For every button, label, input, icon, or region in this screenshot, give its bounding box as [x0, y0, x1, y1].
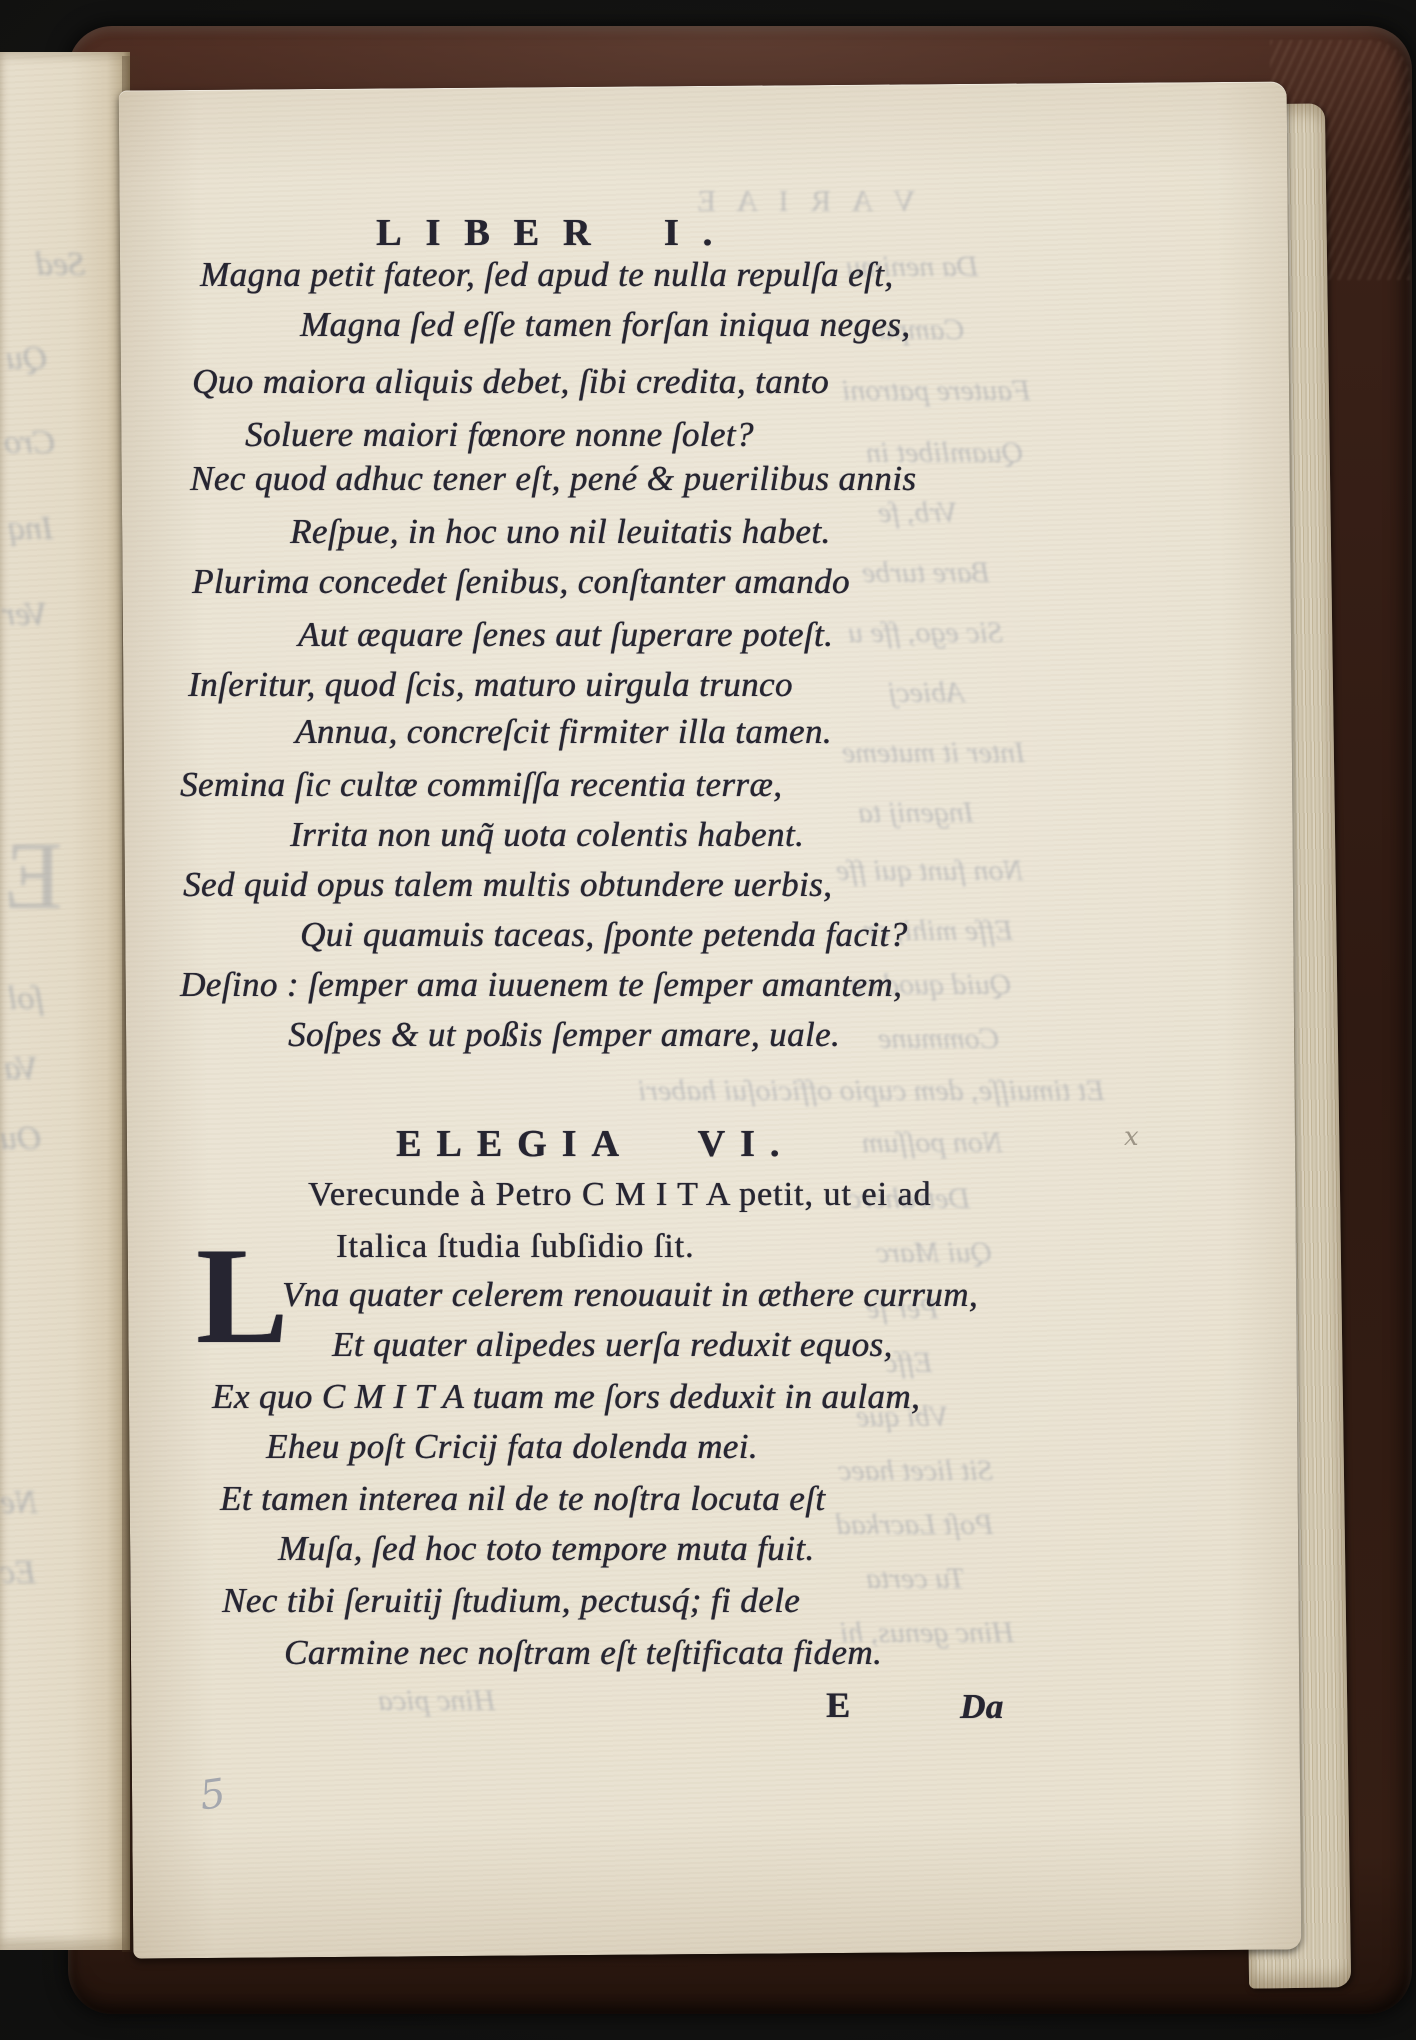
catchword: Da	[960, 1688, 1004, 1727]
left-page-fragment: Ou	[0, 1122, 42, 1156]
verse-line: Magna ſed eſſe tamen forſan iniqua neges…	[300, 306, 910, 345]
verse-line: Et quater alipedes uerſa reduxit equos,	[332, 1326, 893, 1365]
verse-line: Plurima concedet ſenibus, conſtanter ama…	[192, 563, 850, 602]
left-page-fragment: Ver	[2, 598, 47, 632]
ghost-text: Non poſſum	[862, 1128, 1003, 1158]
verse-line: Reſpue, in hoc uno nil leuitatis habet.	[290, 513, 831, 552]
verse-line: Eheu poſt Cricij fata dolenda mei.	[266, 1428, 758, 1467]
left-page-fragment: Inq	[8, 512, 53, 546]
ghost-text: Qui Marc	[876, 1238, 992, 1268]
left-page-fragment: Cro	[4, 426, 56, 460]
left-page-fragment: Qu	[6, 342, 48, 376]
verse-line: Semina ſic cultæ commiſſa recentia terræ…	[180, 766, 782, 805]
argument-line: Italica ſtudia ſubſidio ſit.	[336, 1228, 695, 1265]
ghost-text: Non funt qui ffe	[836, 856, 1024, 886]
verse-line: Quo maiora aliquis debet, ſibi credita, …	[192, 363, 829, 402]
ghost-text: Poſt Lacrkad	[836, 1510, 994, 1540]
ghost-text: Abiecj	[888, 678, 965, 708]
ghost-text: Vrb, fe	[878, 498, 957, 528]
verse-line: Sed quid opus talem multis obtundere uer…	[183, 866, 832, 905]
verse-line: Qui quamuis taceas, ſponte petenda facit…	[300, 916, 907, 955]
verse-line: Aut æquare ſenes aut ſuperare poteſt.	[298, 616, 833, 655]
verse-line: Soſpes & ut poßis ſemper amare, uale.	[288, 1016, 840, 1055]
verse-line: Irrita non unq̃ uota colentis habent.	[290, 816, 804, 855]
section-heading-elegia: ELEGIA VI.	[396, 1124, 794, 1166]
left-page-fragment: Ne	[0, 1486, 38, 1520]
left-page-fragment: ſol	[8, 982, 44, 1016]
ghost-text: Tu certa	[866, 1564, 965, 1594]
printed-text-layer: V A R I A E Da nenimu Campa Fautere patr…	[0, 0, 1416, 2040]
verse-line: Soluere maiori fœnore nonne ſolet?	[245, 416, 754, 455]
ghost-text: Inter it muteme	[842, 738, 1025, 768]
verse-line: Annua, concreſcit firmiter illa tamen.	[295, 713, 832, 752]
left-page-fragment: Va	[4, 1052, 38, 1086]
photograph-of-open-book: V A R I A E Da nenimu Campa Fautere patr…	[0, 0, 1416, 2040]
marginal-x-mark: x	[1124, 1122, 1139, 1152]
ghost-catchword: Hinc pica	[378, 1686, 495, 1716]
ghost-text: Sit licet haec	[838, 1456, 993, 1486]
verse-line: Magna petit fateor, ſed apud te nulla re…	[200, 256, 893, 295]
ghost-text: Et timuiſſe, dem cupio officioſui haberi	[638, 1076, 1105, 1106]
signature-mark: E	[826, 1686, 850, 1726]
verse-line: Deſino : ſemper ama iuuenem te ſemper am…	[180, 966, 902, 1005]
verse-line: Nec tibi ſeruitij ſtudium, pectusq́; fi …	[222, 1582, 800, 1621]
ghost-text: Bare turbe	[862, 558, 990, 588]
left-page-drop-cap-fragment: E	[4, 828, 63, 924]
ghost-text: Sic ego, ffe u	[848, 618, 1003, 648]
handwritten-folio-number: 5	[197, 1770, 229, 1819]
argument-line: Verecunde à Petro C M I T A petit, ut ei…	[308, 1176, 931, 1213]
verse-line: Nec quod adhuc tener eſt, pené & puerili…	[190, 460, 916, 499]
verse-line: Carmine nec noſtram eſt teſtificata fide…	[284, 1634, 882, 1673]
drop-cap-initial: L	[196, 1244, 288, 1348]
ghost-text: Commune	[878, 1024, 1000, 1054]
verse-line: Muſa, ſed hoc toto tempore muta fuit.	[278, 1530, 814, 1569]
ghost-text: Ingenij ta	[858, 798, 974, 828]
ghost-text: Fautere patroni	[842, 376, 1031, 406]
verse-line: Vna quater celerem renouauit in æthere c…	[282, 1276, 978, 1315]
verse-line: Ex quo C M I T A tuam me ſors deduxit in…	[212, 1378, 920, 1417]
verse-line: Inſeritur, quod ſcis, maturo uirgula tru…	[188, 666, 793, 705]
verse-line: Et tamen interea nil de te noſtra locuta…	[220, 1480, 825, 1519]
left-page-fragment: Ec	[0, 1556, 36, 1590]
section-heading-liber: LIBER I.	[376, 213, 736, 255]
left-page-fragment: Sed	[36, 248, 85, 282]
